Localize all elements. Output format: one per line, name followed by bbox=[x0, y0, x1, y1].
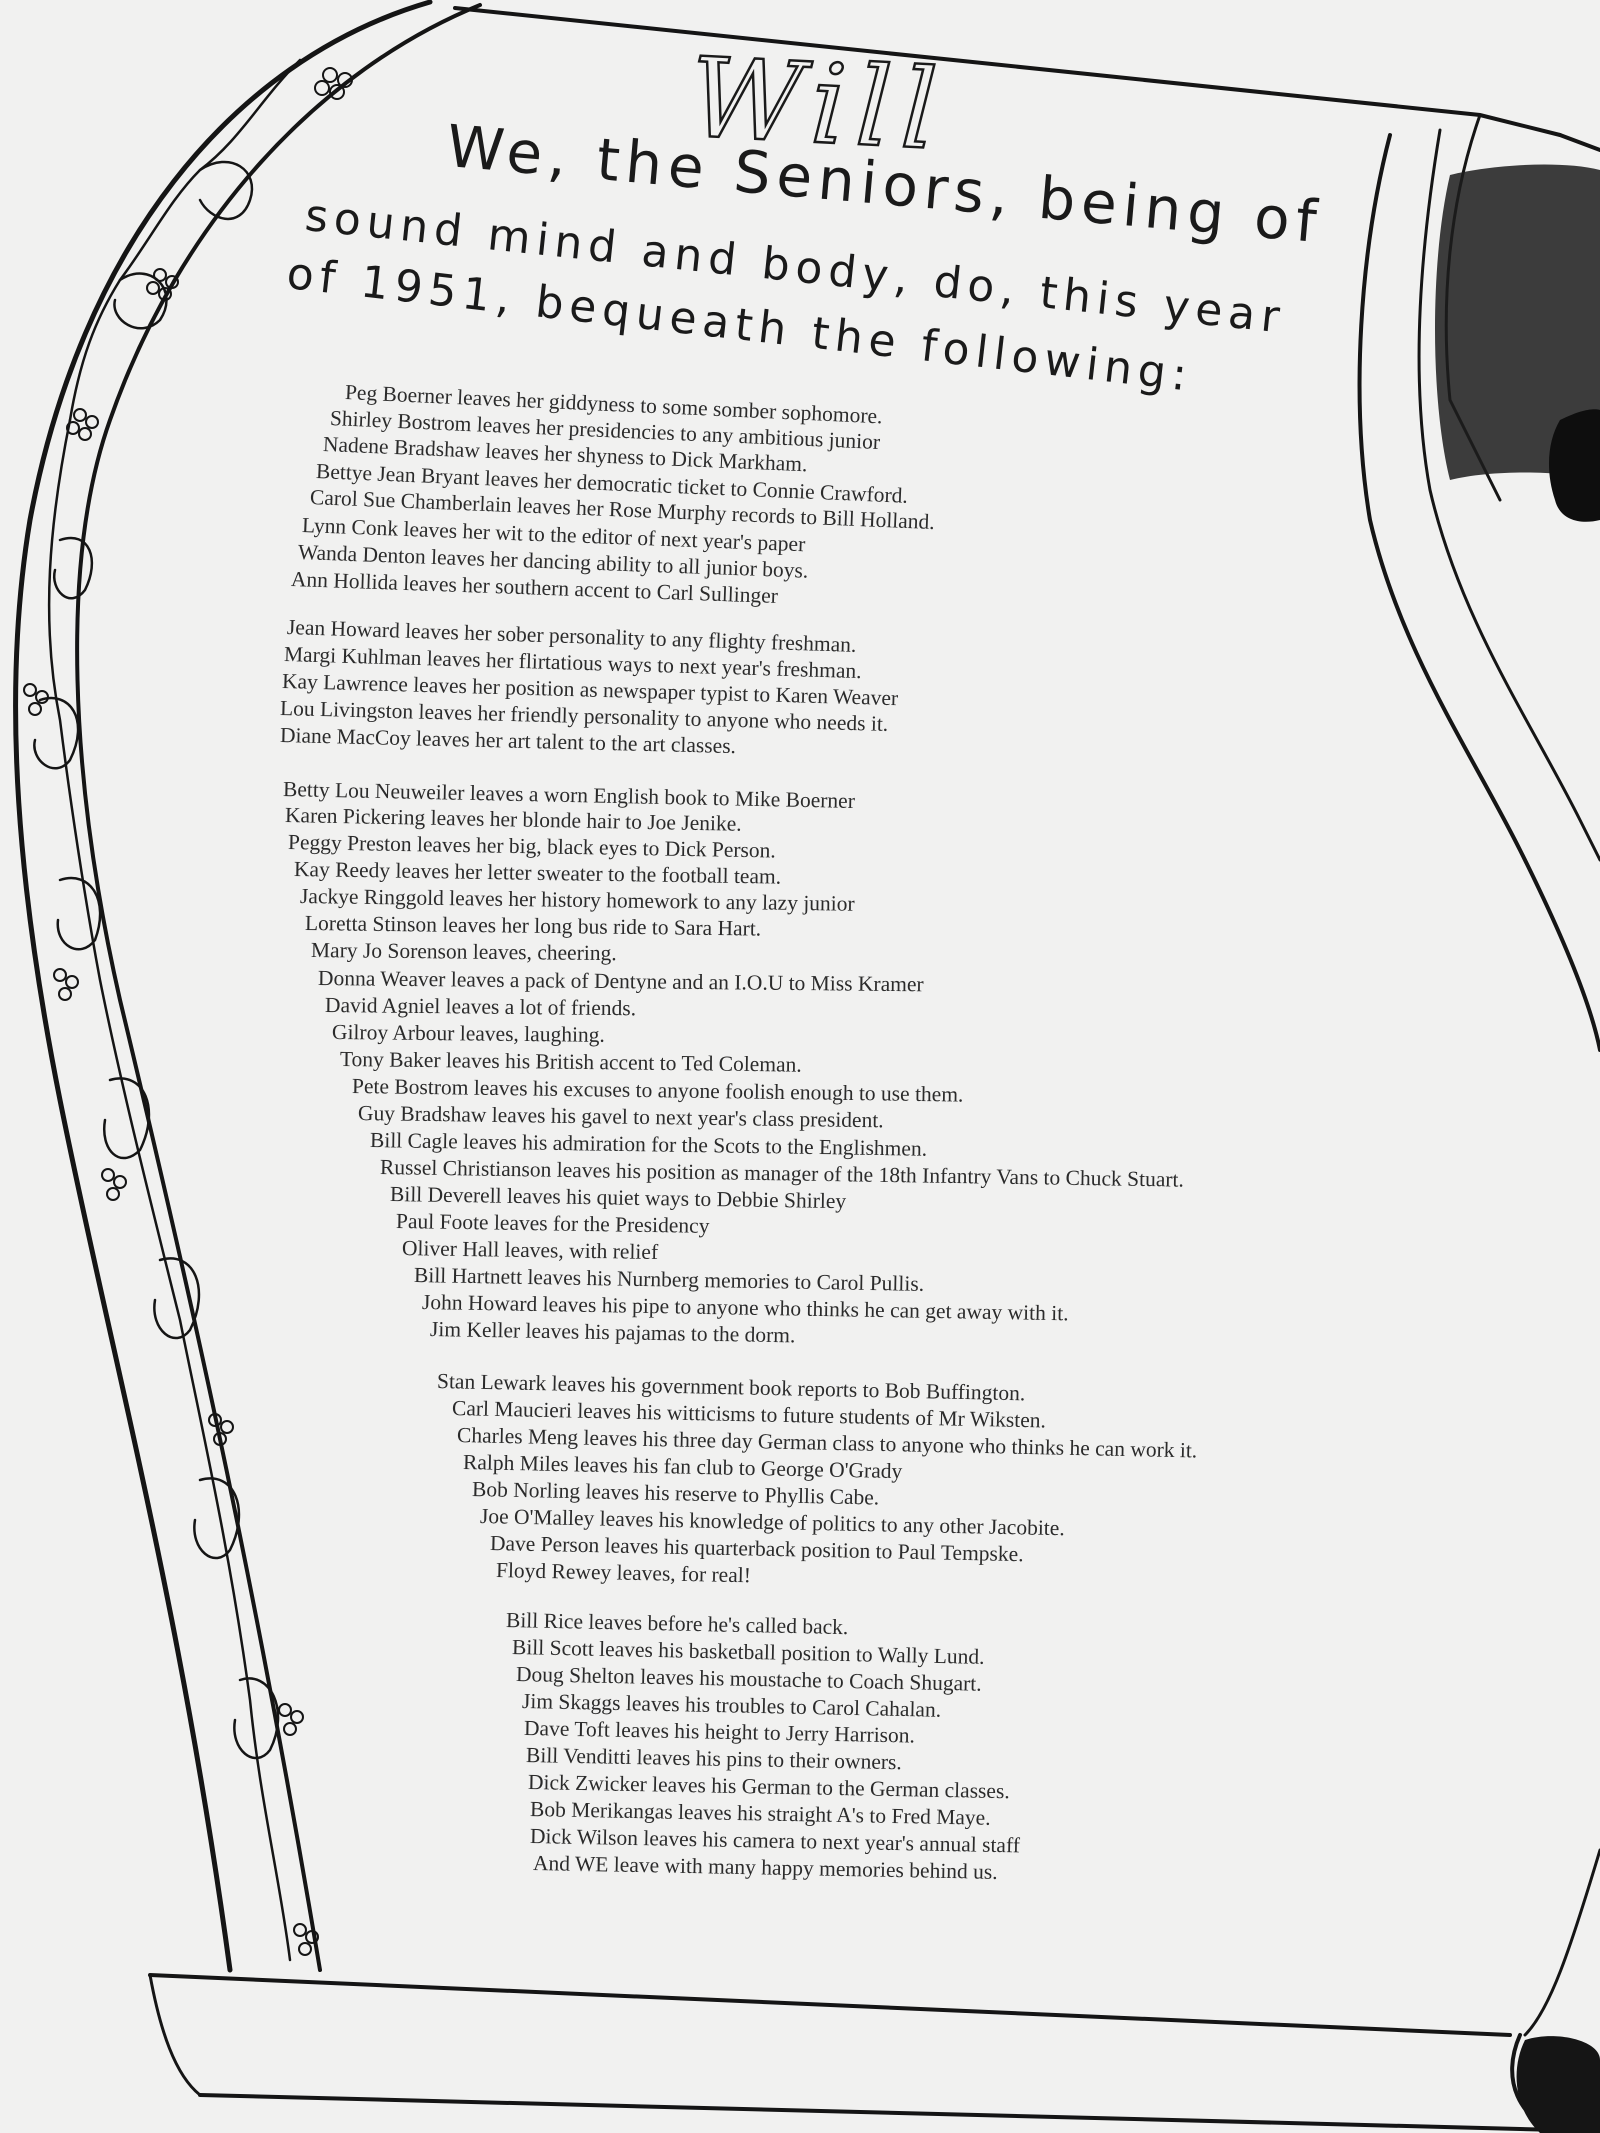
bequest-line: Oliver Hall leaves, with relief bbox=[402, 1238, 658, 1264]
bequest-line: Floyd Rewey leaves, for real! bbox=[496, 1560, 751, 1587]
bequest-line: Mary Jo Sorenson leaves, cheering. bbox=[311, 940, 617, 965]
bequest-line: Paul Foote leaves for the Presidency bbox=[396, 1211, 710, 1237]
bequest-line: Gilroy Arbour leaves, laughing. bbox=[332, 1022, 605, 1046]
bequest-line: David Agniel leaves a lot of friends. bbox=[325, 995, 636, 1020]
